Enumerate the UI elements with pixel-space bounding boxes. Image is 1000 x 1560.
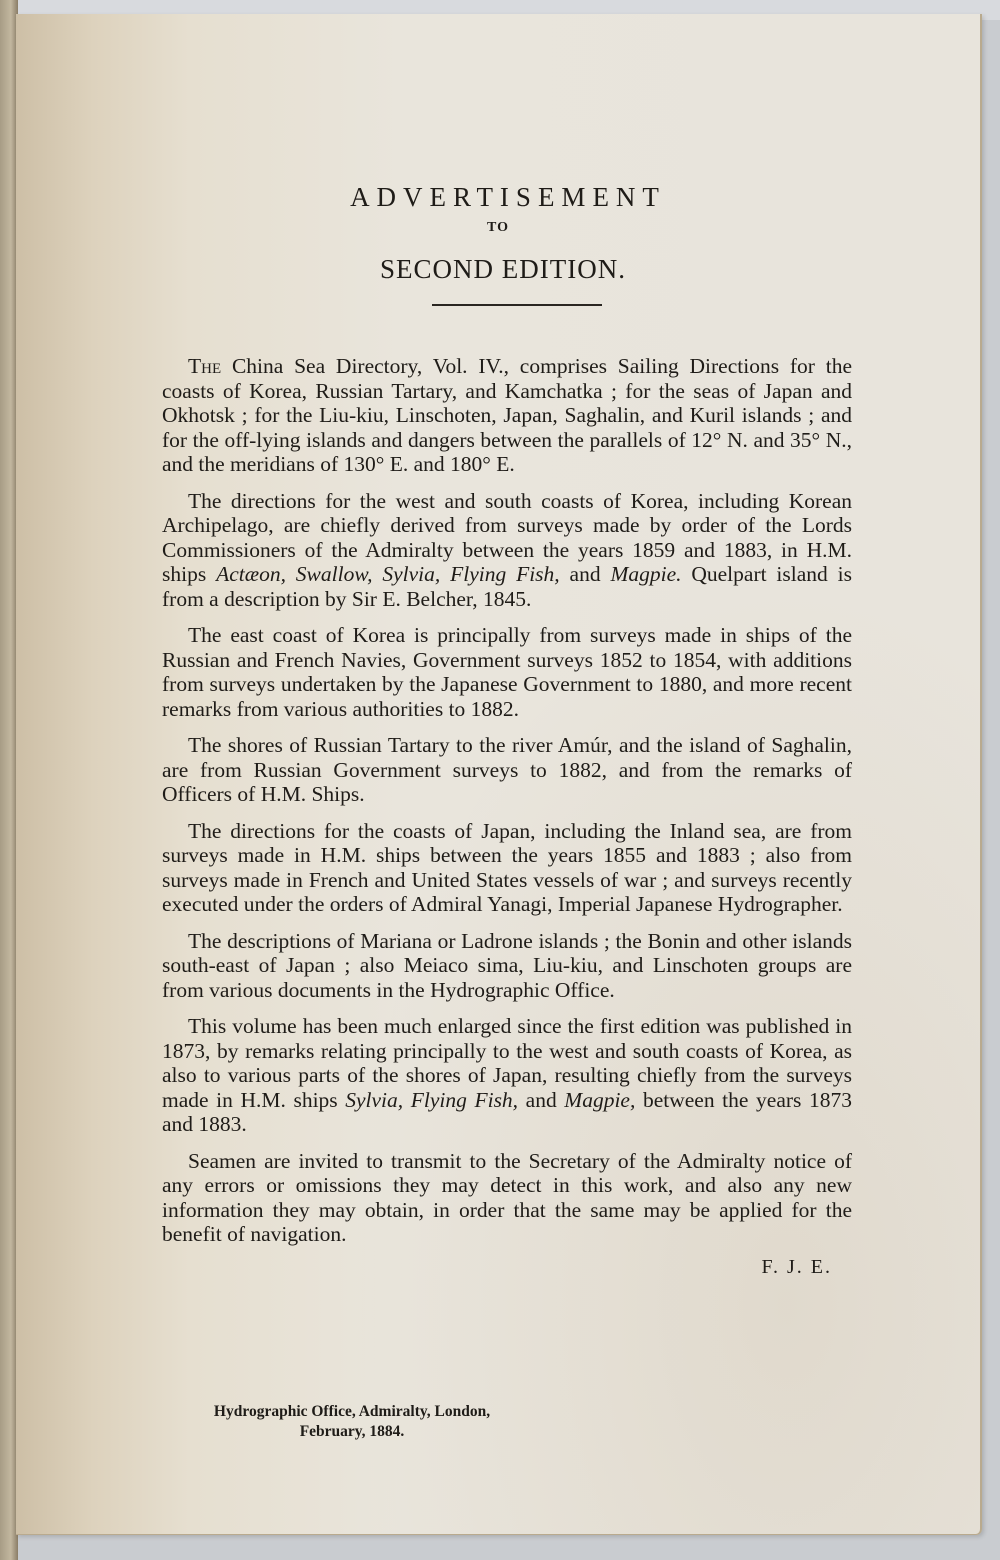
paragraph-2: The directions for the west and south co…: [162, 489, 852, 612]
paragraph-8: Seamen are invited to transmit to the Se…: [162, 1149, 852, 1247]
imprint: Hydrographic Office, Admiralty, London, …: [182, 1402, 522, 1442]
paragraph-lead-smallcaps: The: [188, 354, 221, 378]
title-advertisement: ADVERTISEMENT: [16, 182, 980, 213]
imprint-date: February, 1884.: [182, 1422, 522, 1442]
paragraph-1: The China Sea Directory, Vol. IV., compr…: [162, 354, 852, 477]
paragraph-text: and: [518, 1088, 564, 1112]
title-divider-rule: [432, 304, 602, 306]
page-content: ADVERTISEMENT TO SECOND EDITION. The Chi…: [16, 14, 980, 1534]
paragraph-text: and: [560, 562, 611, 586]
ship-names-italic: Sylvia, Flying Fish,: [345, 1088, 518, 1112]
book-page: ADVERTISEMENT TO SECOND EDITION. The Chi…: [16, 14, 982, 1535]
ship-name-italic: Magpie.: [610, 562, 681, 586]
title-second-edition: SECOND EDITION.: [16, 254, 980, 285]
imprint-place: Hydrographic Office, Admiralty, London,: [182, 1402, 522, 1422]
ship-names-italic: Actæon, Swallow, Sylvia, Flying Fish,: [216, 562, 560, 586]
paragraph-5: The directions for the coasts of Japan, …: [162, 819, 852, 917]
body-text: The China Sea Directory, Vol. IV., compr…: [162, 354, 852, 1279]
paragraph-4: The shores of Russian Tartary to the riv…: [162, 733, 852, 807]
ship-name-italic: Magpie,: [564, 1088, 635, 1112]
paragraph-text: China Sea Directory, Vol. IV., comprises…: [162, 354, 852, 476]
signature-initials: F. J. E.: [162, 1255, 852, 1280]
paragraph-7: This volume has been much enlarged since…: [162, 1014, 852, 1137]
paragraph-6: The descriptions of Mariana or Ladrone i…: [162, 929, 852, 1003]
paragraph-3: The east coast of Korea is principally f…: [162, 623, 852, 721]
title-to: TO: [16, 220, 980, 236]
